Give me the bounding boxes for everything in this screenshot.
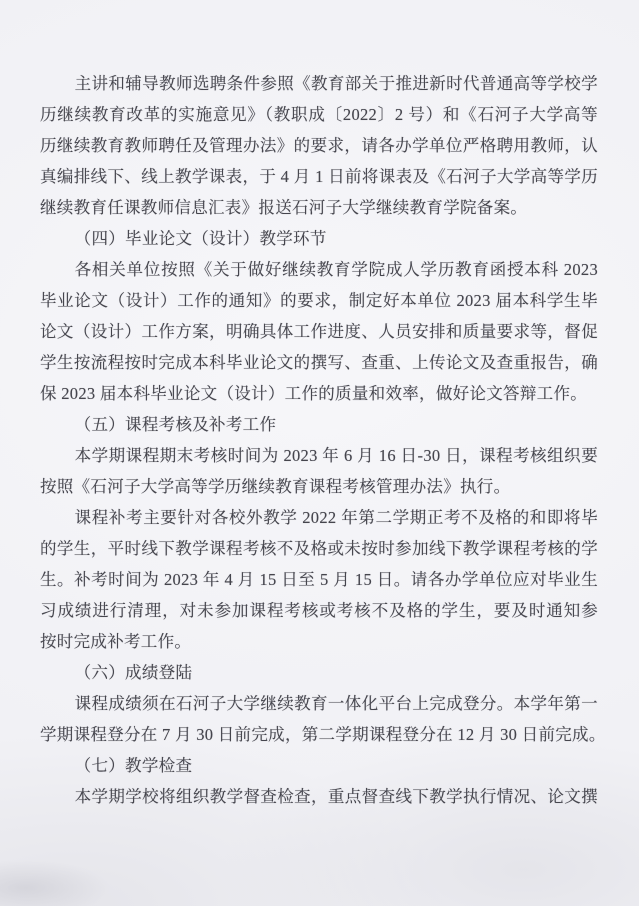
document-body: 主讲和辅导教师选聘条件参照《教育部关于推进新时代普通高等学校学历继续教育改革的实…: [40, 68, 598, 812]
document-line: 论文（设计）工作方案，明确具体工作进度、人员安排和质量要求等，督促: [40, 316, 598, 347]
document-line: 主讲和辅导教师选聘条件参照《教育部关于推进新时代普通高等学校学: [40, 68, 598, 99]
document-line: 继续教育任课教师信息汇表》报送石河子大学继续教育学院备案。: [40, 192, 598, 223]
document-line: 保 2023 届本科毕业论文（设计）工作的质量和效率，做好论文答辩工作。: [40, 378, 598, 409]
document-line: 按照《石河子大学高等学历继续教育课程考核管理办法》执行。: [40, 471, 598, 502]
document-line: 按时完成补考工作。: [40, 626, 598, 657]
document-line: 课程成绩须在石河子大学继续教育一体化平台上完成登分。本学年第一: [40, 688, 598, 719]
document-line: 真编排线下、线上教学课表，于 4 月 1 日前将课表及《石河子大学高等学历: [40, 161, 598, 192]
document-line: 毕业论文（设计）工作的通知》的要求，制定好本单位 2023 届本科学生毕业: [40, 285, 598, 316]
scanned-document-page: 主讲和辅导教师选聘条件参照《教育部关于推进新时代普通高等学校学历继续教育改革的实…: [0, 0, 639, 906]
document-line: 习成绩进行清理，对未参加课程考核或考核不及格的学生，要及时通知参考，: [40, 595, 598, 626]
section-heading: （四）毕业论文（设计）教学环节: [40, 223, 598, 254]
document-line: 历继续教育改革的实施意见》（教职成〔2022〕2 号）和《石河子大学高等学: [40, 99, 598, 130]
document-line: 课程补考主要针对各校外教学 2022 年第二学期正考不及格的和即将毕业: [40, 502, 598, 533]
section-heading: （七）教学检查: [40, 750, 598, 781]
document-line: 学生按流程按时完成本科毕业论文的撰写、查重、上传论文及查重报告，确: [40, 347, 598, 378]
document-line: 学期课程登分在 7 月 30 日前完成，第二学期课程登分在 12 月 30 日前…: [40, 719, 598, 750]
section-heading: （六）成绩登陆: [40, 657, 598, 688]
document-line: 本学期课程期末考核时间为 2023 年 6 月 16 日-30 日，课程考核组织…: [40, 440, 598, 471]
document-line: 各相关单位按照《关于做好继续教育学院成人学历教育函授本科 2023 届: [40, 254, 598, 285]
document-line: 的学生，平时线下教学课程考核不及格或未按时参加线下教学课程考核的学: [40, 533, 598, 564]
section-heading: （五）课程考核及补考工作: [40, 409, 598, 440]
document-line: 生。补考时间为 2023 年 4 月 15 日至 5 月 15 日。请各办学单位…: [40, 564, 598, 595]
document-line: 历继续教育教师聘任及管理办法》的要求，请各办学单位严格聘用教师，认: [40, 130, 598, 161]
document-line: 本学期学校将组织教学督查检查，重点督查线下教学执行情况、论文撰: [40, 781, 598, 812]
